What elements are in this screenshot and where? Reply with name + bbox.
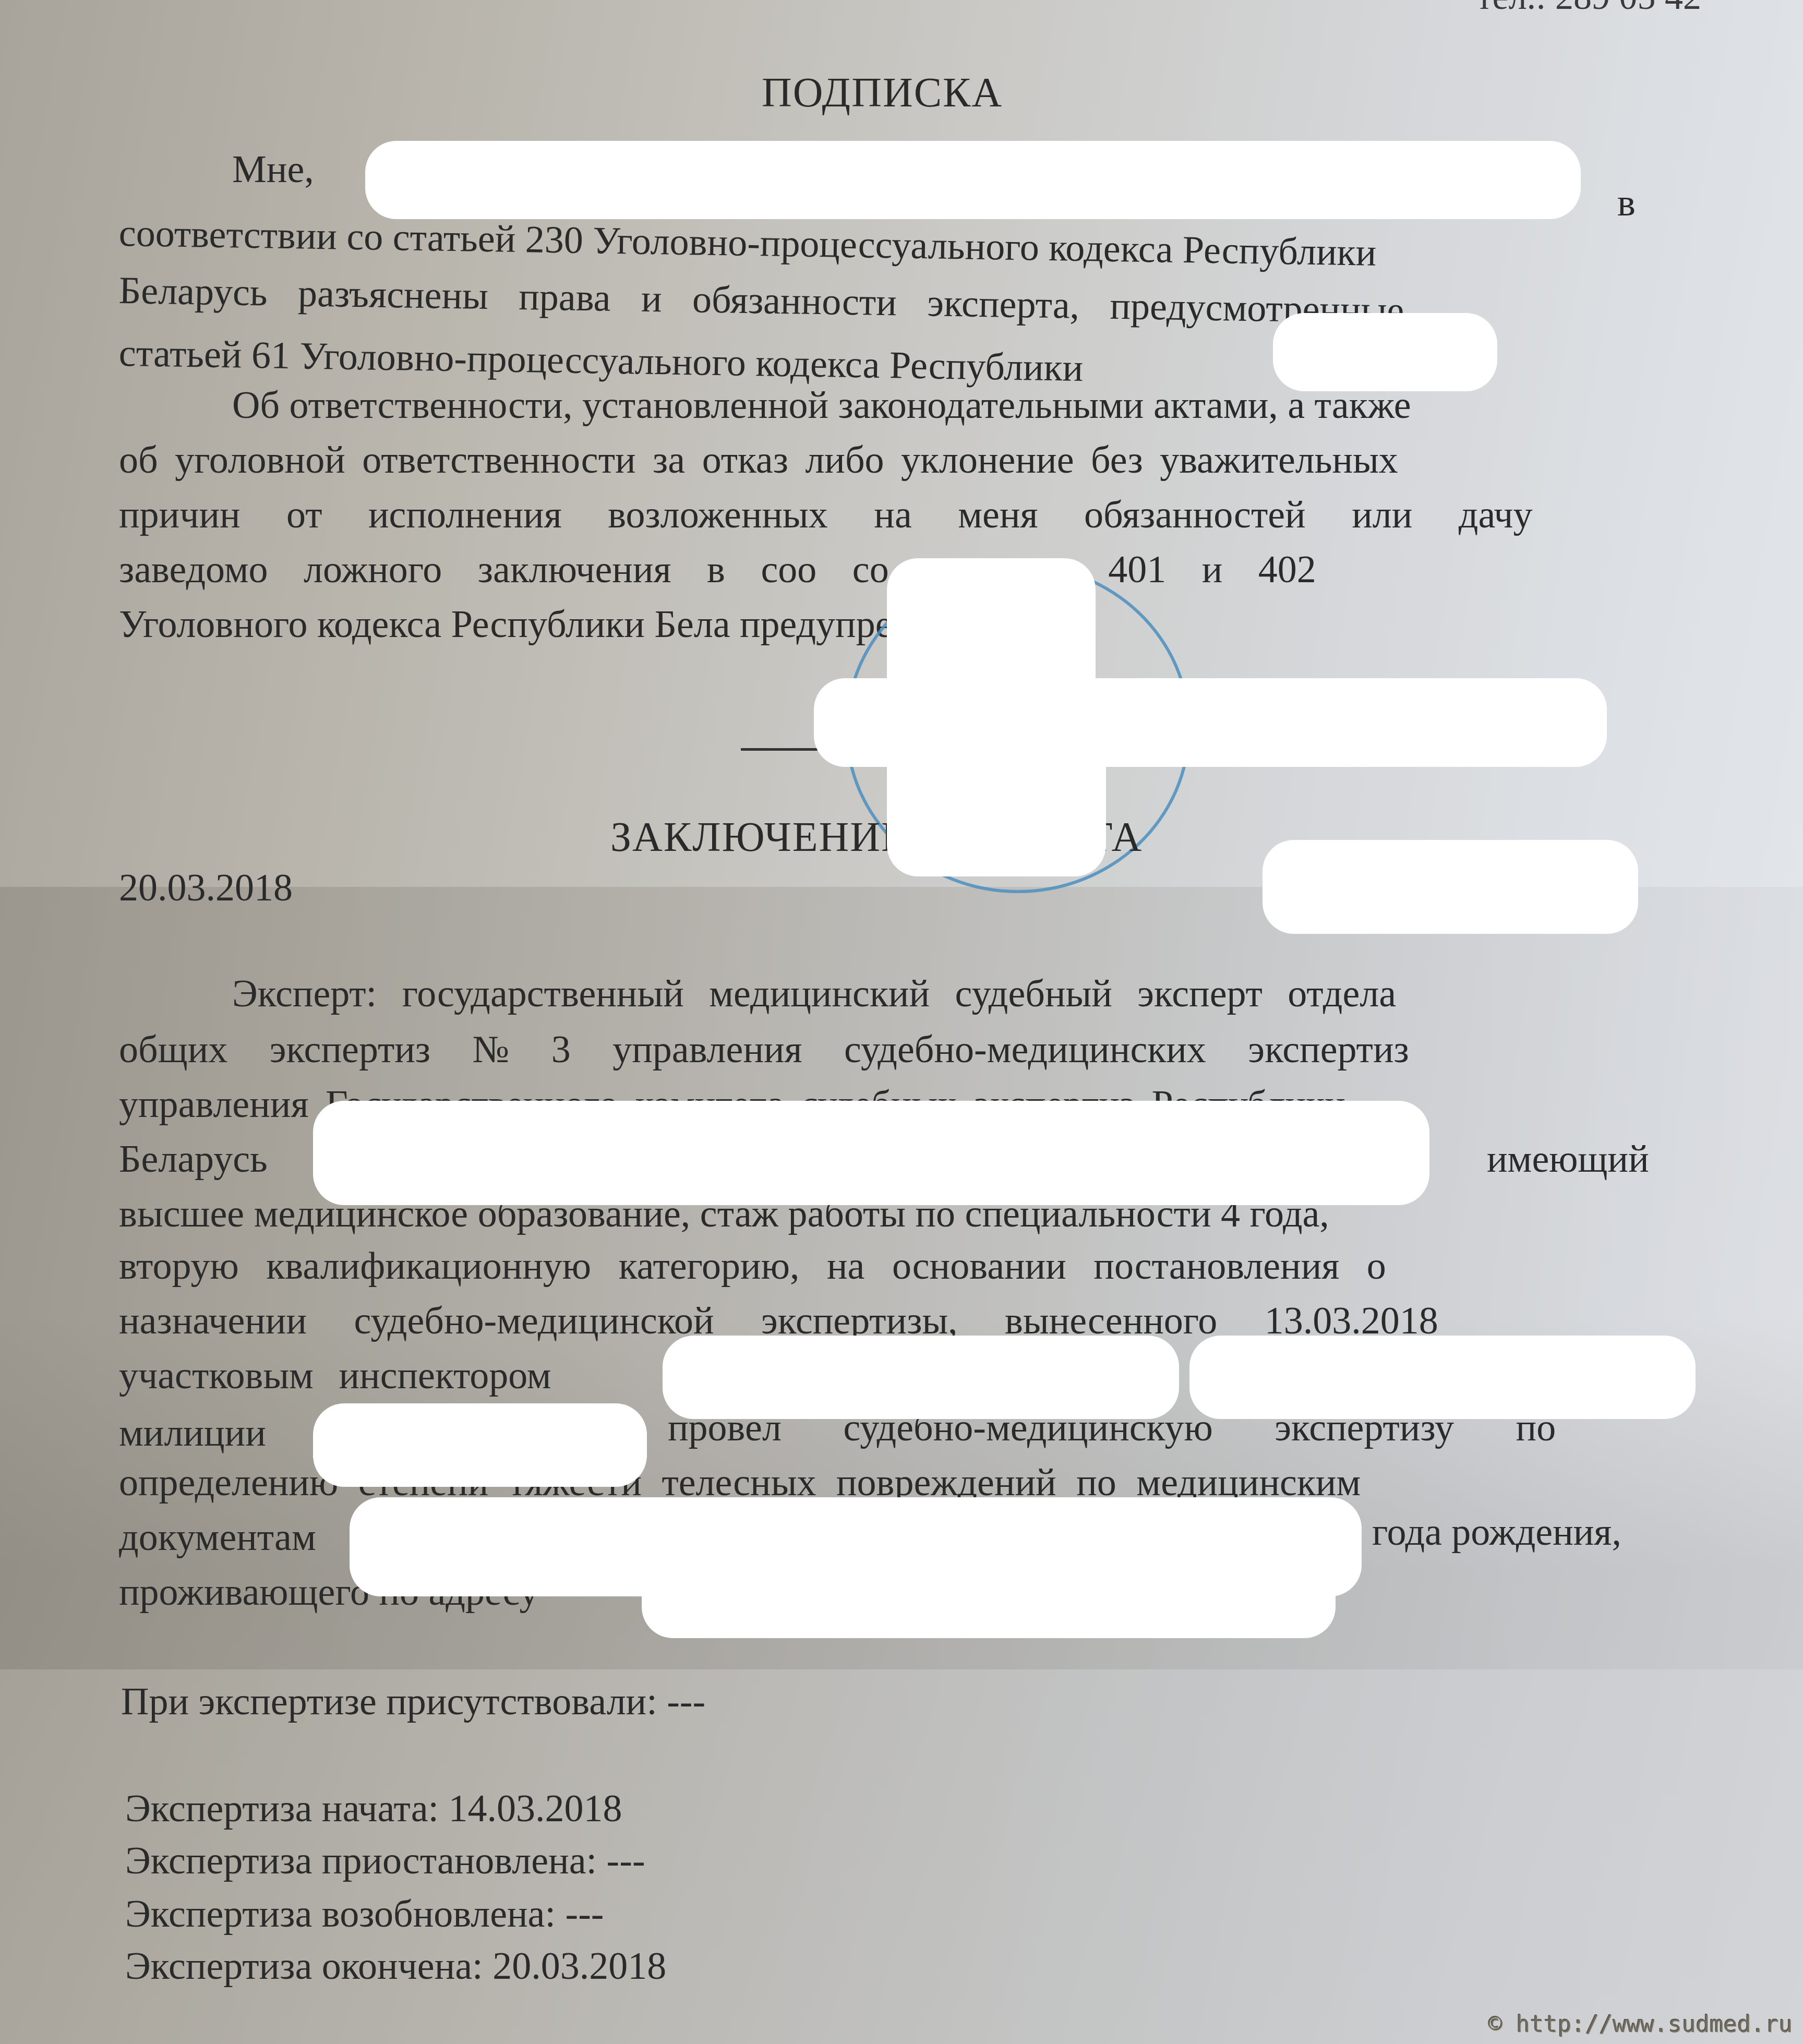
redaction — [887, 730, 1106, 876]
conclusion-line: Беларусь — [119, 1140, 268, 1179]
redaction — [642, 1560, 1336, 1638]
line-text: Беларусь разъяснены права и обязанности … — [118, 271, 1404, 330]
resumed-line: Экспертиза возобновлена: --- — [125, 1895, 604, 1933]
conclusion-line: вторую квалификационную категорию, на ос… — [119, 1247, 1386, 1285]
redaction — [1263, 840, 1638, 934]
conclusion-line: Эксперт: государственный медицинский суд… — [232, 975, 1396, 1013]
conclusion-line: имеющий — [1487, 1140, 1649, 1179]
subscription-line: Уголовного кодекса Республики Бела преду… — [119, 605, 986, 644]
subscription-line: соответствии со статьей 230 Уголовно-про… — [118, 214, 1642, 276]
started-line: Экспертиза начата: 14.03.2018 — [125, 1789, 622, 1828]
subscription-line: Мне, — [232, 150, 314, 189]
finished-line: Экспертиза окончена: 20.03.2018 — [125, 1947, 666, 1986]
subscription-line: об уголовной ответственности за отказ ли… — [119, 441, 1398, 479]
header-phone: тел.: 289 05 42 — [1476, 0, 1701, 16]
redaction — [663, 1336, 1179, 1419]
subscription-line: причин от исполнения возложенных на меня… — [119, 496, 1533, 534]
conclusion-line: документам — [119, 1518, 316, 1557]
subscription-line: статьей 61 Уголовно-процессуального коде… — [118, 334, 1083, 388]
conclusion-line: общих экспертиз № 3 управления судебно-м… — [119, 1030, 1409, 1069]
conclusion-date: 20.03.2018 — [119, 869, 293, 907]
subscription-line: Об ответственности, установленной законо… — [232, 386, 1411, 425]
present-line: При экспертизе присутствовали: --- — [121, 1682, 705, 1721]
redaction — [1189, 1336, 1696, 1419]
conclusion-line: назначении судебно-медицинской экспертиз… — [119, 1302, 1438, 1340]
conclusion-line: года рождения, — [1372, 1513, 1621, 1552]
subscription-title: ПОДПИСКА — [762, 72, 1003, 114]
subscription-line: заведомо ложного заключения в соо со ста… — [119, 550, 1316, 589]
suspended-line: Экспертиза приостановлена: --- — [125, 1842, 645, 1880]
redaction — [365, 141, 1581, 219]
conclusion-line: участковым инспектором — [119, 1356, 551, 1395]
conclusion-line: милиции — [119, 1414, 266, 1452]
redaction — [1273, 313, 1497, 391]
watermark: © http://www.sudmed.ru — [1488, 2011, 1793, 2038]
redaction — [313, 1101, 1429, 1205]
conclusion-line: определению степени тяжести телесных пов… — [119, 1463, 1361, 1502]
redaction — [313, 1403, 647, 1487]
subscription-line: в — [1617, 184, 1636, 222]
